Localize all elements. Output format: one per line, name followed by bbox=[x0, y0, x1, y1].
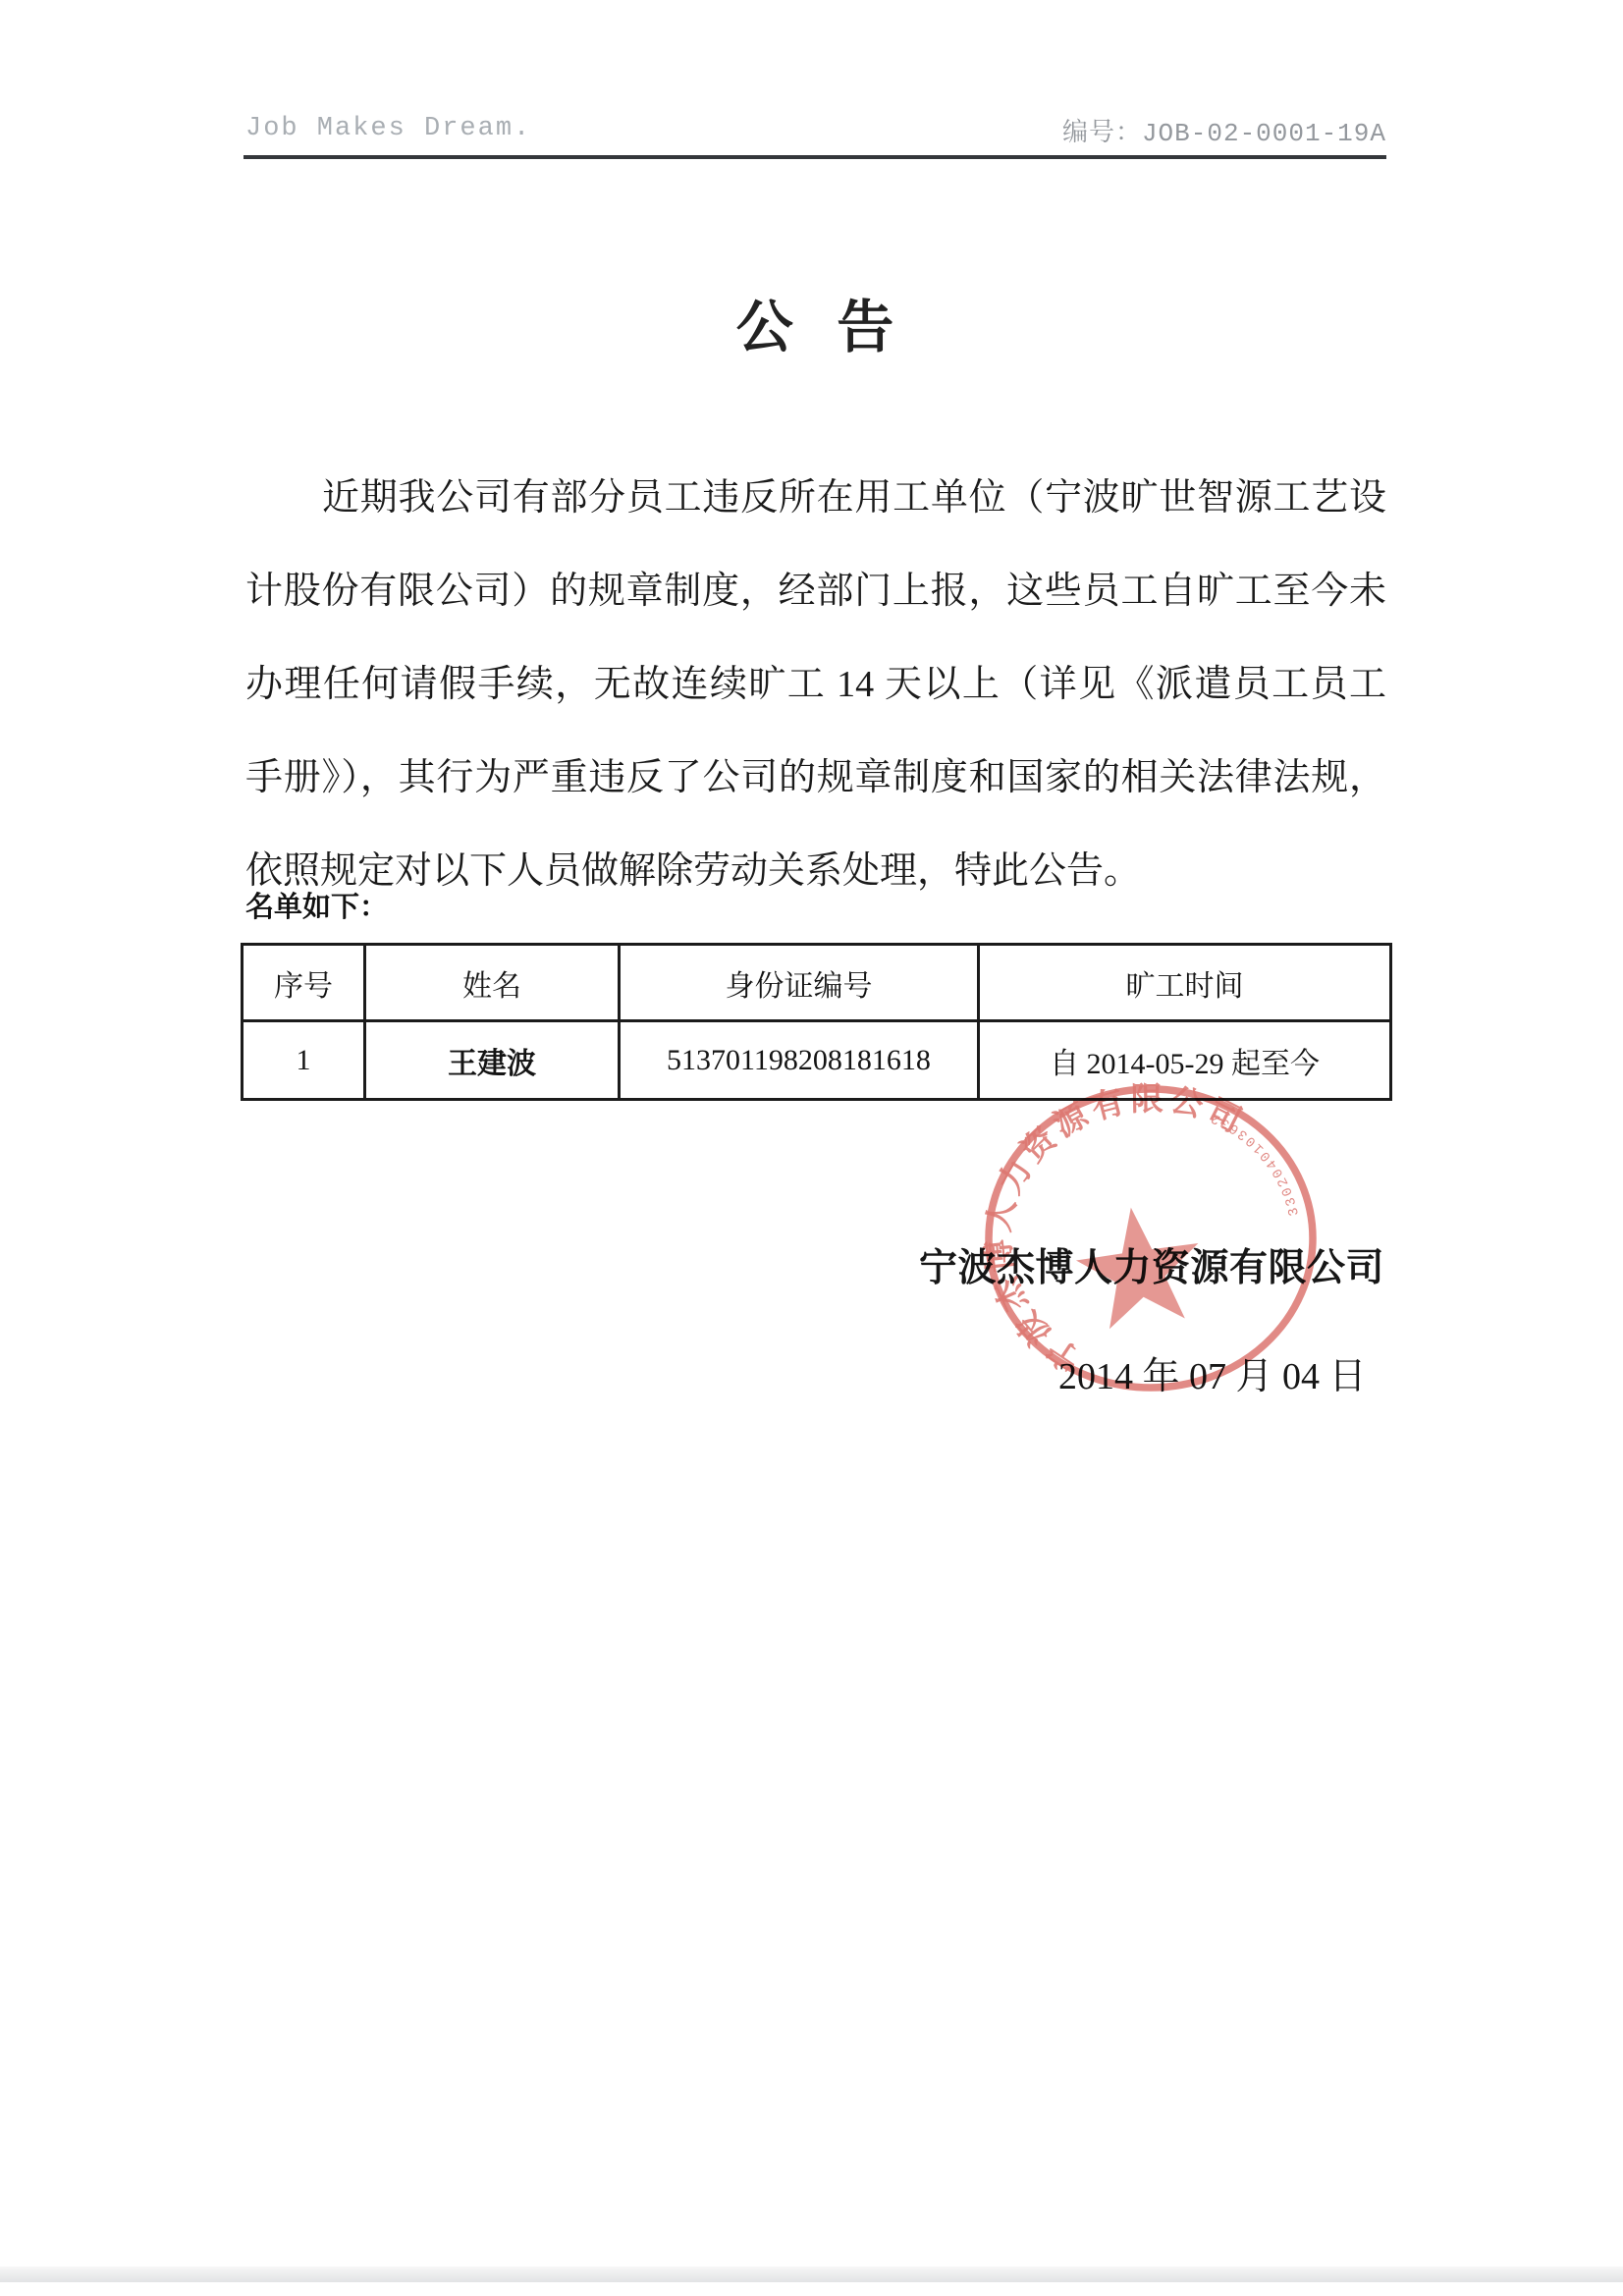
col-header-name: 姓名 bbox=[365, 945, 620, 1021]
scan-artifact-band bbox=[0, 2267, 1623, 2282]
company-seal-stamp: 宁波杰博人力资源有限公司 3302040103632 bbox=[979, 1066, 1323, 1410]
header-rule bbox=[243, 155, 1386, 159]
col-header-id: 身份证编号 bbox=[620, 945, 979, 1021]
body-line: 办理任何请假手续，无故连续旷工 14 天以上（详见《派遣员工员工 bbox=[245, 638, 1386, 732]
svg-text:宁波杰博人力资源有限公司: 宁波杰博人力资源有限公司 bbox=[980, 1081, 1251, 1378]
scanned-announcement-page: Job Makes Dream. 编号：JOB-02-0001-19A 公 告 … bbox=[0, 0, 1623, 2296]
body-line: 手册》），其行为严重违反了公司的规章制度和国家的相关法律法规， bbox=[245, 732, 1386, 825]
roster-label: 名单如下： bbox=[245, 885, 388, 925]
page-title: 公 告 bbox=[245, 281, 1386, 363]
body-line: 依照规定对以下人员做解除劳动关系处理，特此公告。 bbox=[245, 825, 1386, 918]
cell-no: 1 bbox=[243, 1021, 365, 1100]
seal-arc-company-text: 宁波杰博人力资源有限公司 bbox=[980, 1081, 1251, 1378]
col-header-absence: 旷工时间 bbox=[979, 945, 1391, 1021]
header-slogan: Job Makes Dream. bbox=[245, 114, 531, 143]
announcement-body: 近期我公司有部分员工违反所在用工单位（宁波旷世智源工艺设 计股份有限公司）的规章… bbox=[245, 452, 1386, 918]
cell-name: 王建波 bbox=[365, 1021, 620, 1100]
seal-star-icon bbox=[1070, 1199, 1209, 1333]
table-header-row: 序号 姓名 身份证编号 旷工时间 bbox=[243, 945, 1391, 1021]
body-line: 计股份有限公司）的规章制度，经部门上报，这些员工自旷工至今未 bbox=[245, 545, 1386, 638]
col-header-no: 序号 bbox=[243, 945, 365, 1021]
header-doc-number: 编号：JOB-02-0001-19A bbox=[1062, 112, 1386, 148]
cell-id-number: 513701198208181618 bbox=[620, 1021, 979, 1100]
body-line: 近期我公司有部分员工违反所在用工单位（宁波旷世智源工艺设 bbox=[245, 452, 1386, 545]
